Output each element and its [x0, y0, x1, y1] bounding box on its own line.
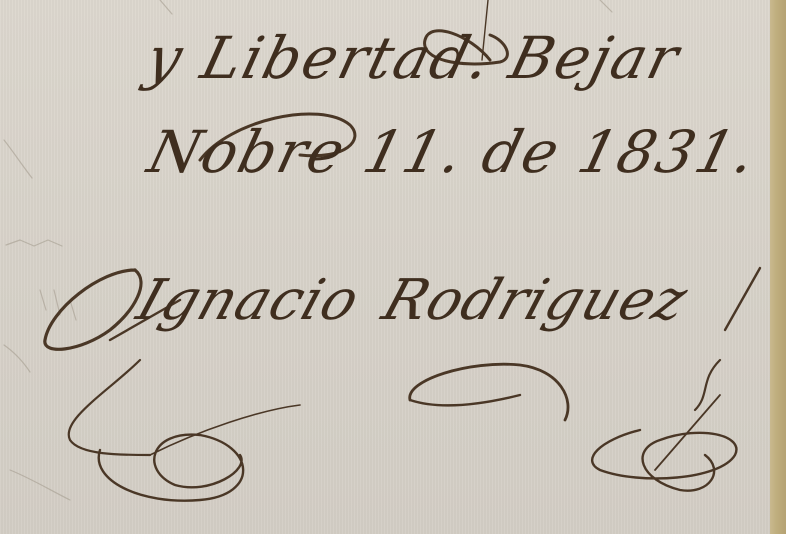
signature-last-name: Rodriguez: [375, 268, 696, 333]
text-line-2-date: Nobre 11. de 1831.: [142, 118, 765, 186]
paper-edge: [770, 0, 786, 534]
signature: IgnacioRodriguez: [129, 268, 696, 333]
manuscript-page: y Libertad. Bejar Nobre 11. de 1831. Ign…: [0, 0, 786, 534]
text-line-1: y Libertad. Bejar: [140, 24, 688, 92]
signature-first-name: Ignacio: [129, 268, 368, 333]
